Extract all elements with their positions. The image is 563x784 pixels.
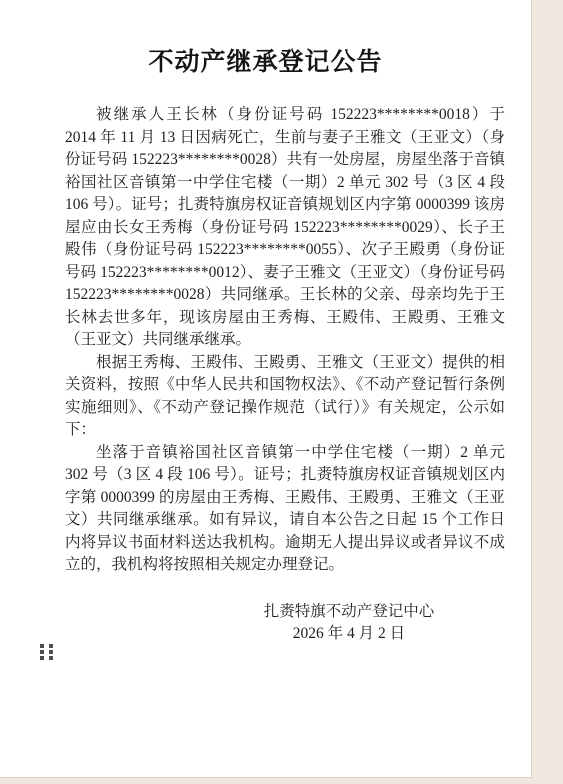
signature-block: 扎赉特旗不动产登记中心 2026 年 4 月 2 日	[229, 601, 469, 646]
drag-handle-icon[interactable]	[40, 644, 53, 660]
signature-org: 扎赉特旗不动产登记中心	[229, 601, 469, 624]
document-body: 被继承人王长林（身份证号码 152223********0018）于 2014 …	[0, 104, 531, 646]
paragraph-legal-basis: 根据王秀梅、王殿伟、王殿勇、王雅文（王亚文）提供的相关资料，按照《中华人民共和国…	[65, 352, 505, 442]
signature-date: 2026 年 4 月 2 日	[229, 623, 469, 646]
page-title: 不动产继承登记公告	[0, 0, 531, 78]
paragraph-decedent-info: 被继承人王长林（身份证号码 152223********0018）于 2014 …	[65, 104, 505, 352]
document-page: 不动产继承登记公告 被继承人王长林（身份证号码 152223********00…	[0, 0, 532, 778]
paragraph-public-notice: 坐落于音镇裕国社区音镇第一中学住宅楼（一期）2 单元 302 号（3 区 4 段…	[65, 442, 505, 577]
